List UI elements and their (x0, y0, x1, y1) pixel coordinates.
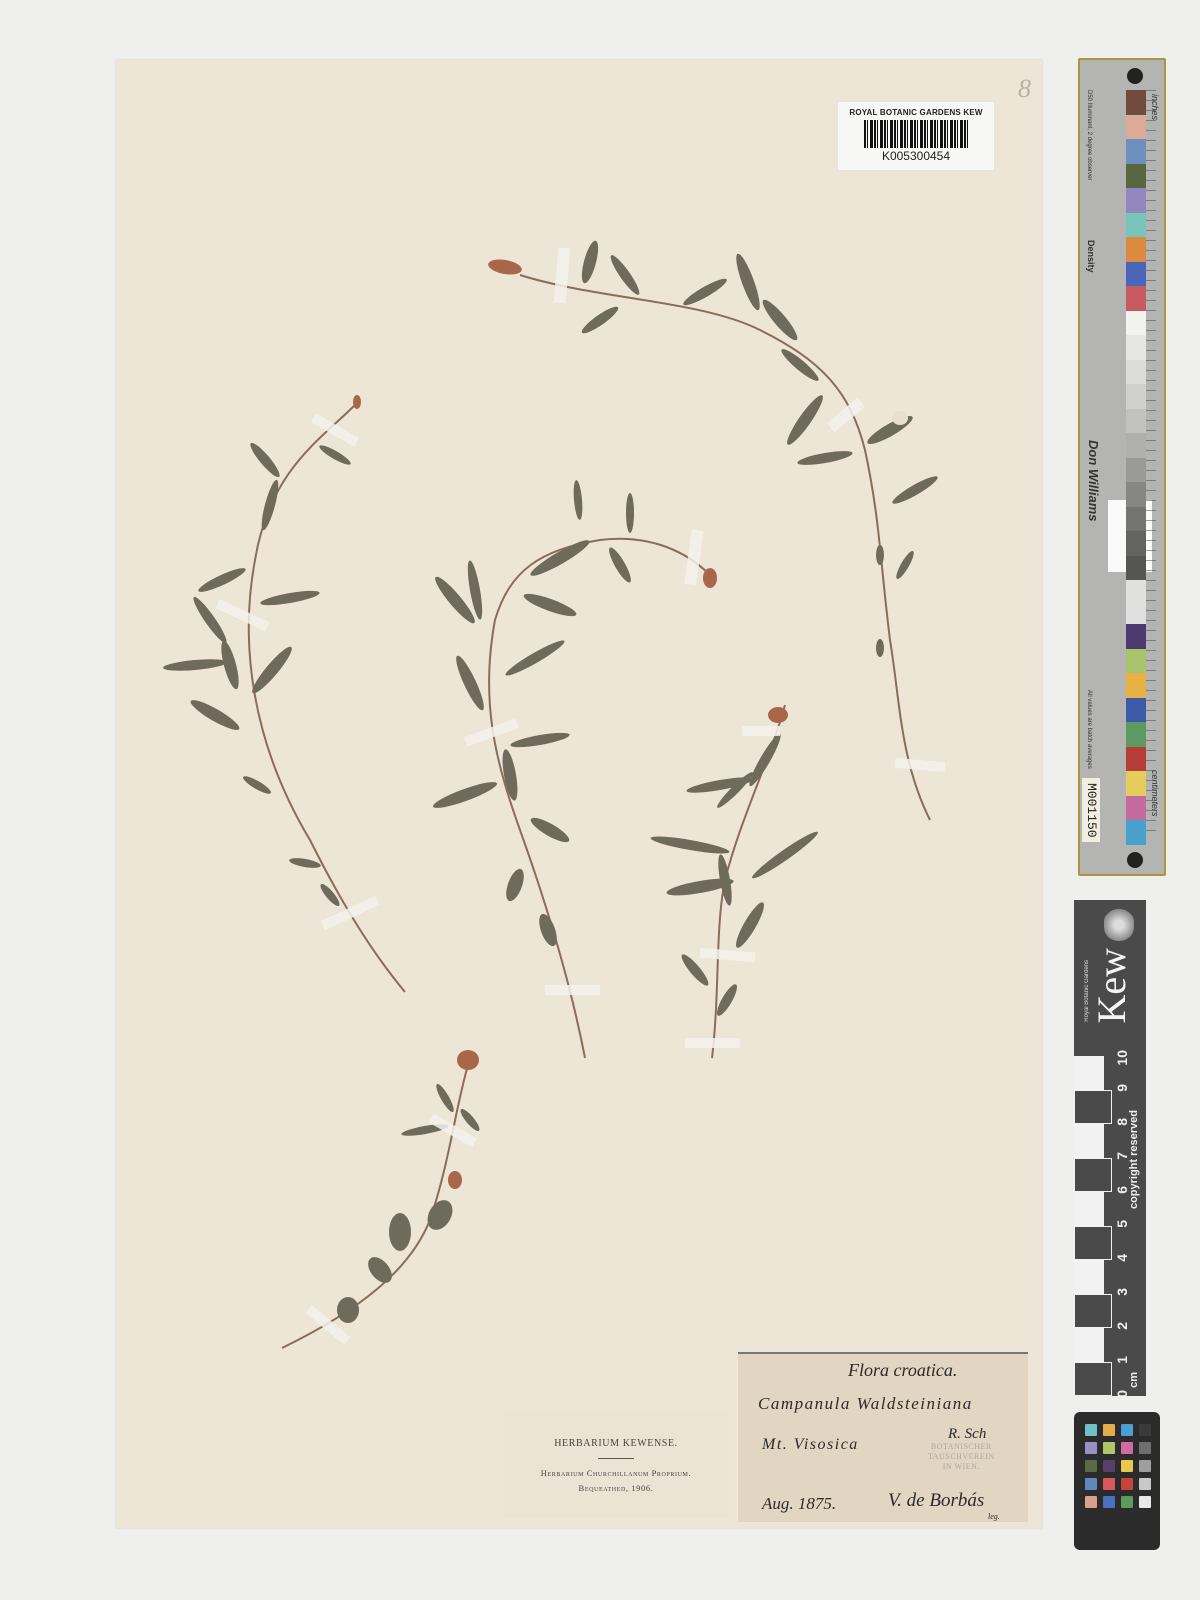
flora-heading: Flora croatica. (848, 1360, 957, 1381)
color-patch (1126, 311, 1146, 336)
color-patch (1126, 433, 1146, 458)
kew-scale-bar: Royal Botanic Gardens Kew 109876543210 c… (1074, 900, 1146, 1396)
color-patch (1126, 820, 1146, 845)
barcode-label: ROYAL BOTANIC GARDENS KEW K005300454 (838, 102, 994, 170)
checker-swatch (1085, 1478, 1097, 1490)
exchange-stamp: BOTANISCHER TAUSCHVEREIN IN WIEN. (928, 1442, 995, 1472)
strip-hole-icon (1127, 68, 1143, 84)
scale-number: 9 (1114, 1084, 1130, 1092)
collector-suffix: leg. (988, 1512, 1000, 1521)
checker-swatch (1103, 1424, 1115, 1436)
color-patch (1126, 188, 1146, 213)
color-patch (1126, 286, 1146, 311)
color-calibration-strip: inches centimeters D50 Illuminant, 2 deg… (1078, 58, 1166, 876)
herbarium-title: HERBARIUM KEWENSE. (504, 1438, 728, 1449)
scale-number: 4 (1114, 1254, 1130, 1262)
checker-swatch (1139, 1442, 1151, 1454)
scale-segment (1074, 1362, 1112, 1396)
scale-number: 0 (1114, 1390, 1130, 1398)
checker-swatch (1121, 1424, 1133, 1436)
scale-number: 2 (1114, 1322, 1130, 1330)
color-patch (1126, 722, 1146, 747)
color-patch (1126, 771, 1146, 796)
barcode-number: K005300454 (838, 149, 994, 163)
unit-label: cm (1128, 1372, 1140, 1388)
barcode-header: ROYAL BOTANIC GARDENS KEW (838, 108, 994, 117)
checker-swatch (1085, 1496, 1097, 1508)
checker-swatch (1103, 1442, 1115, 1454)
strip-code: M001150 (1082, 778, 1100, 842)
checker-swatch (1139, 1478, 1151, 1490)
scale-segment (1074, 1226, 1112, 1260)
color-patch (1126, 673, 1146, 698)
scale-segment (1074, 1158, 1112, 1192)
color-patch (1126, 139, 1146, 164)
color-patch (1126, 164, 1146, 189)
color-patch (1126, 624, 1146, 649)
scale-number: 3 (1114, 1288, 1130, 1296)
color-patch (1126, 747, 1146, 772)
checker-swatch (1103, 1478, 1115, 1490)
checker-swatch (1085, 1460, 1097, 1472)
color-patch (1126, 384, 1146, 409)
color-patch (1126, 507, 1146, 532)
color-patch (1126, 237, 1146, 262)
color-patch (1126, 115, 1146, 140)
color-patch (1126, 698, 1146, 723)
brand-name: Don Williams (1086, 440, 1101, 522)
herbarium-provenance: Herbarium Churchillanum Proprium. (504, 1468, 728, 1478)
herbarium-bequest: Bequeathed, 1906. (504, 1483, 728, 1493)
color-checker-card (1074, 1412, 1160, 1550)
color-patches (1126, 90, 1146, 845)
kew-logo: Kew (1092, 948, 1132, 1024)
color-patch (1126, 556, 1146, 581)
cm-scale (1074, 1056, 1112, 1396)
scale-segment (1074, 1294, 1112, 1328)
color-patch (1126, 796, 1146, 821)
taxon-name: Campanula Waldsteiniana (758, 1394, 973, 1414)
color-patch (1126, 531, 1146, 556)
density-label: Density (1086, 240, 1096, 273)
strip-hole-icon (1127, 852, 1143, 868)
color-patch (1126, 458, 1146, 483)
scale-segment (1074, 1124, 1104, 1158)
color-patch (1126, 213, 1146, 238)
checker-swatch (1103, 1460, 1115, 1472)
illuminant-note: D50 Illuminant, 2 degree observer (1086, 90, 1092, 180)
herbarium-sheet (116, 60, 1042, 1528)
scale-number: 5 (1114, 1220, 1130, 1228)
copyright-text: copyright reserved (1128, 1110, 1140, 1209)
checker-grid (1085, 1424, 1151, 1508)
collection-label: Flora croatica. Campanula Waldsteiniana … (738, 1352, 1028, 1522)
scale-number: 1 (1114, 1356, 1130, 1364)
checker-swatch (1085, 1442, 1097, 1454)
label-divider (598, 1458, 634, 1459)
checker-swatch (1121, 1442, 1133, 1454)
batch-note: All values are batch averages (1086, 690, 1092, 769)
stamp-line: IN WIEN. (943, 1462, 980, 1471)
sheet-number-mark: 8 (1018, 74, 1031, 104)
color-patch (1126, 482, 1146, 507)
stamp-line: BOTANISCHER (931, 1442, 992, 1451)
scale-segment (1074, 1056, 1104, 1090)
color-patch (1126, 335, 1146, 360)
inch-ticks (1146, 90, 1156, 840)
checker-swatch (1103, 1496, 1115, 1508)
stamp-line: TAUSCHVEREIN (928, 1452, 995, 1461)
color-patch (1126, 90, 1146, 115)
collector-name: V. de Borbás (888, 1490, 984, 1512)
scale-segment (1074, 1328, 1104, 1362)
barcode-icon (864, 120, 968, 148)
checker-swatch (1085, 1424, 1097, 1436)
checker-swatch (1139, 1424, 1151, 1436)
locality: Mt. Visosica (762, 1436, 859, 1454)
checker-swatch (1121, 1460, 1133, 1472)
scale-segment (1074, 1260, 1104, 1294)
scale-segment (1074, 1090, 1112, 1124)
scale-segment (1074, 1192, 1104, 1226)
scale-number: 10 (1114, 1050, 1130, 1066)
taxon-author: R. Sch (948, 1426, 986, 1443)
color-patch (1126, 360, 1146, 385)
color-patch (1126, 580, 1146, 624)
checker-swatch (1139, 1460, 1151, 1472)
color-patch (1126, 409, 1146, 434)
checker-swatch (1121, 1496, 1133, 1508)
collection-date: Aug. 1875. (762, 1494, 836, 1514)
crest-icon (1104, 908, 1134, 942)
checker-swatch (1139, 1496, 1151, 1508)
herbarium-kewense-label: HERBARIUM KEWENSE. Herbarium Churchillan… (504, 1412, 728, 1518)
color-patch (1126, 262, 1146, 287)
checker-swatch (1121, 1478, 1133, 1490)
color-patch (1126, 649, 1146, 674)
